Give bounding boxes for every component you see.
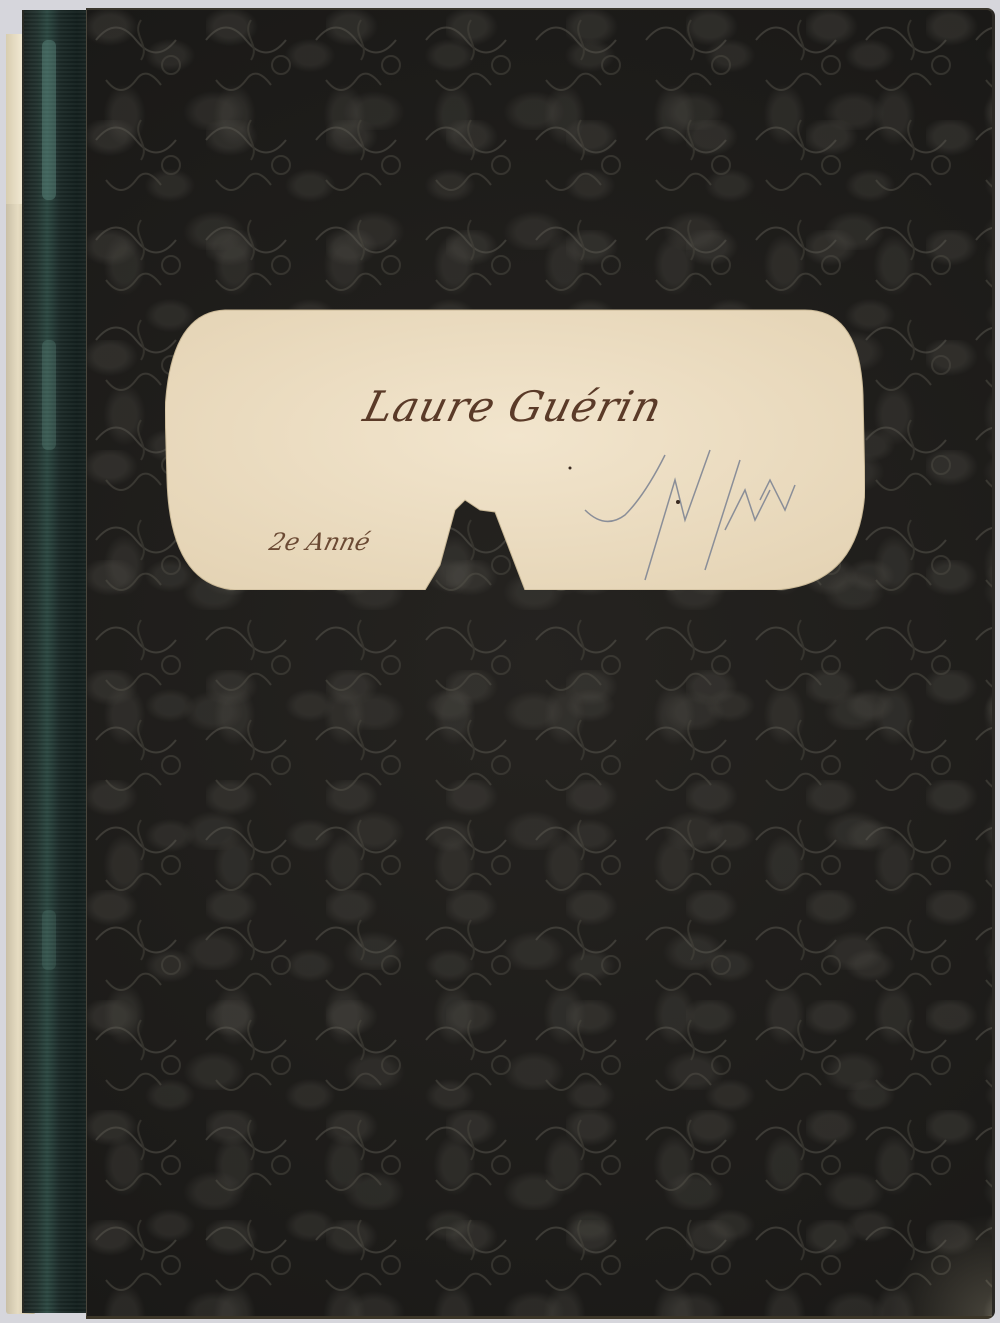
name-label: Laure Guérin 2e Anné: [165, 300, 865, 590]
spine-wear: [42, 340, 56, 450]
school-year: 2e Anné: [267, 528, 374, 556]
corner-wear: [872, 1196, 992, 1316]
spine-wear: [42, 40, 56, 200]
marbled-cover: [86, 8, 995, 1319]
owner-name: Laure Guérin: [359, 382, 667, 431]
notebook: Laure Guérin 2e Anné: [0, 0, 1000, 1323]
damask-pattern: [86, 10, 992, 1316]
cloth-spine: [22, 10, 90, 1313]
spine-wear: [42, 910, 56, 970]
